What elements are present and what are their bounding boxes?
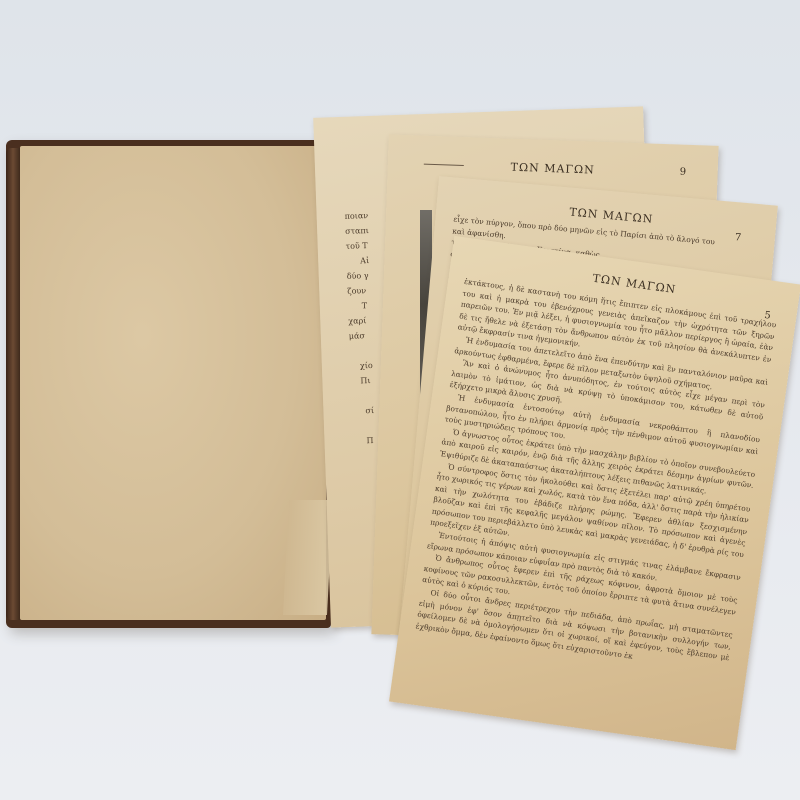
page-header: ΤΩΝ ΜΑΓΩΝ <box>478 160 628 178</box>
torn-endpaper-flap <box>283 500 333 615</box>
page-text: ἐκτάκτους, ἡ δὲ καστανὴ του κόμη ἥτις ἔπ… <box>415 276 777 676</box>
front-loose-page: ΤΩΝ ΜΑΓΩΝ 5 ἐκτάκτους, ἡ δὲ καστανὴ του … <box>389 236 800 750</box>
closed-book <box>6 140 331 628</box>
photo-scene: { "scene": { "description": "Antique Gre… <box>0 0 800 800</box>
rule-line <box>424 164 464 166</box>
page-number: 9 <box>679 167 686 178</box>
book-spine <box>6 148 20 620</box>
book-endpaper <box>20 146 326 620</box>
